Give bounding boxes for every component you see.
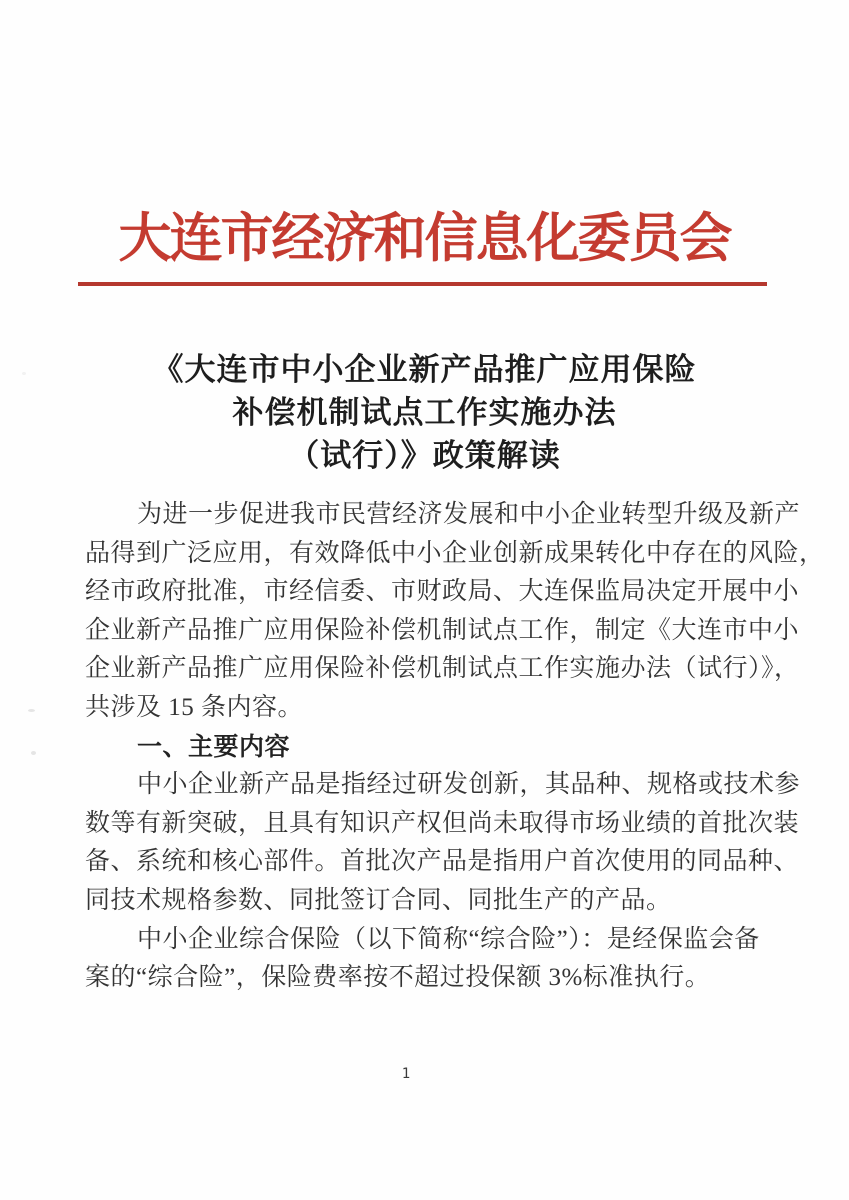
scan-speck (28, 709, 35, 712)
paragraph-1-line: 共涉及 15 条内容。 (85, 689, 775, 728)
paragraph-1-line: 为进一步促进我市民营经济发展和中小企业转型升级及新产 (85, 496, 775, 535)
document-title-line-2: 补偿机制试点工作实施办法 (0, 391, 849, 434)
scan-speck (22, 372, 26, 375)
paragraph-1-line: 企业新产品推广应用保险补偿机制试点工作实施办法（试行）》， (85, 650, 775, 689)
letterhead-title: 大连市经济和信息化委员会 (0, 196, 849, 272)
paragraph-2-line: 数等有新突破，且具有知识产权但尚未取得市场业绩的首批次装 (85, 805, 775, 844)
paragraph-2-line: 中小企业新产品是指经过研发创新，其品种、规格或技术参 (85, 766, 775, 805)
page-number: 1 (0, 1066, 812, 1082)
paragraph-2-line: 备、系统和核心部件。首批次产品是指用户首次使用的同品种、 (85, 843, 775, 882)
document-title-line-1: 《大连市中小企业新产品推广应用保险 (0, 348, 849, 391)
paragraph-2-line: 同技术规格参数、同批签订合同、同批生产的产品。 (85, 882, 775, 921)
document-title-line-3: （试行）》政策解读 (0, 434, 849, 477)
document-title: 《大连市中小企业新产品推广应用保险 补偿机制试点工作实施办法 （试行）》政策解读 (0, 348, 849, 477)
paragraph-1-line: 企业新产品推广应用保险补偿机制试点工作，制定《大连市中小 (85, 612, 775, 651)
paragraph-1-line: 品得到广泛应用，有效降低中小企业创新成果转化中存在的风险， (85, 535, 775, 574)
letterhead-divider-rule (78, 282, 767, 286)
document-body: 为进一步促进我市民营经济发展和中小企业转型升级及新产 品得到广泛应用，有效降低中… (85, 496, 775, 998)
scan-speck (31, 751, 36, 755)
paragraph-3-line: 中小企业综合保险（以下简称“综合险”）：是经保监会备 (85, 921, 775, 960)
section-heading-main-content: 一、主要内容 (85, 728, 775, 767)
paragraph-3-line: 案的“综合险”，保险费率按不超过投保额 3%标准执行。 (85, 959, 775, 998)
scanned-document-page: 大连市经济和信息化委员会 《大连市中小企业新产品推广应用保险 补偿机制试点工作实… (0, 0, 849, 1200)
paragraph-1-line: 经市政府批准，市经信委、市财政局、大连保监局决定开展中小 (85, 573, 775, 612)
